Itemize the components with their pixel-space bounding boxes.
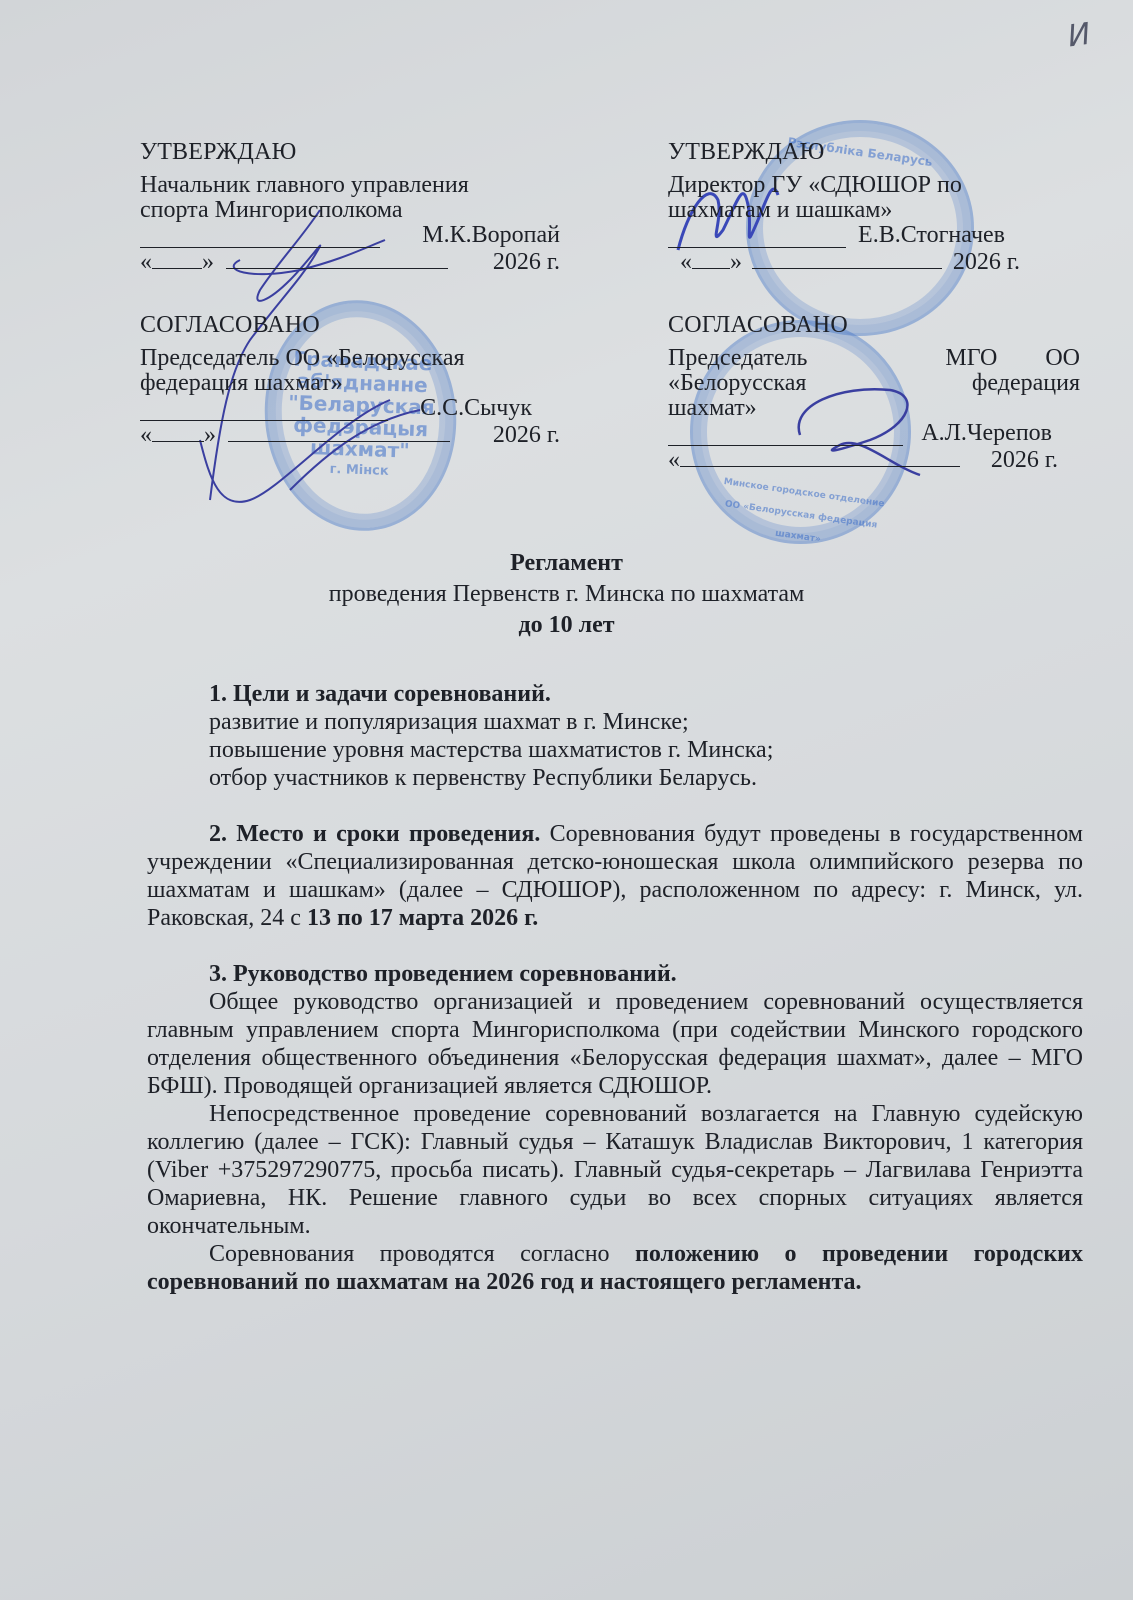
section-2-heading: 2. Место и сроки проведения. xyxy=(209,821,540,847)
section-3-paragraph-3: Соревнования проводятся согласно положен… xyxy=(147,1240,1083,1296)
signature-line: Е.В.Стогначев xyxy=(668,223,1080,248)
approval-heading: СОГЛАСОВАНО xyxy=(668,313,1080,338)
signer-name: М.К.Воропай xyxy=(422,223,560,248)
section-3-heading: 3. Руководство проведением соревнований. xyxy=(147,960,1083,988)
date-line: «» 2026 г. xyxy=(140,248,560,275)
year: 2026 г. xyxy=(991,448,1058,473)
signer-name: С.С.Сычук xyxy=(420,396,532,421)
date-line: «» 2026 г. xyxy=(140,421,560,448)
approval-block-bottom-right: СОГЛАСОВАНО Председатель МГО ОО «Белорус… xyxy=(668,313,1080,473)
handwritten-mark: И xyxy=(1066,17,1093,55)
signature-blank xyxy=(668,425,903,446)
approval-heading: СОГЛАСОВАНО xyxy=(140,313,560,338)
document-body: 1. Цели и задачи соревнований. развитие … xyxy=(147,680,1083,1296)
title-main: Регламент xyxy=(0,548,1133,579)
year: 2026 г. xyxy=(953,250,1020,275)
list-item: развитие и популяризация шахмат в г. Мин… xyxy=(209,708,1083,736)
section-2: 2. Место и сроки проведения. Соревновани… xyxy=(147,820,1083,932)
signature-line: М.К.Воропай xyxy=(140,223,560,248)
title-subtitle: проведения Первенств г. Минска по шахмат… xyxy=(0,579,1133,610)
signature-blank xyxy=(668,227,846,248)
signature-line: С.С.Сычук xyxy=(140,396,560,421)
section-3-paragraph-1: Общее руководство организацией и проведе… xyxy=(147,988,1083,1100)
date-line: «» 2026 г. xyxy=(668,248,1080,275)
list-item: отбор участников к первенству Республики… xyxy=(209,764,1083,792)
signer-name: Е.В.Стогначев xyxy=(858,223,1005,248)
date-line: « 2026 г. xyxy=(668,446,1080,473)
event-dates: 13 по 17 марта 2026 г. xyxy=(307,905,538,931)
section-1-heading: 1. Цели и задачи соревнований. xyxy=(147,680,1083,708)
signature-line: А.Л.Черепов xyxy=(668,421,1080,446)
year: 2026 г. xyxy=(493,250,560,275)
approval-heading: УТВЕРЖДАЮ xyxy=(668,140,1080,165)
approval-block-top-right: УТВЕРЖДАЮ Директор ГУ «СДЮШОР по шахмата… xyxy=(668,140,1080,275)
year: 2026 г. xyxy=(493,423,560,448)
approval-block-bottom-left: СОГЛАСОВАНО Председатель ОО «Белорусская… xyxy=(140,313,560,448)
approval-heading: УТВЕРЖДАЮ xyxy=(140,140,560,165)
approval-block-top-left: УТВЕРЖДАЮ Начальник главного управления … xyxy=(140,140,560,275)
section-1-list: развитие и популяризация шахмат в г. Мин… xyxy=(147,708,1083,792)
section-3-paragraph-2: Непосредственное проведение соревнований… xyxy=(147,1100,1083,1240)
title-age: до 10 лет xyxy=(0,610,1133,641)
signature-blank xyxy=(140,227,380,248)
signer-name: А.Л.Черепов xyxy=(921,421,1052,446)
document-page: И Рэспубліка Беларусь Грамадскае аб'ядна… xyxy=(0,0,1133,1600)
document-title: Регламент проведения Первенств г. Минска… xyxy=(0,548,1133,641)
list-item: повышение уровня мастерства шахматистов … xyxy=(209,736,1083,764)
signature-blank xyxy=(140,400,388,421)
